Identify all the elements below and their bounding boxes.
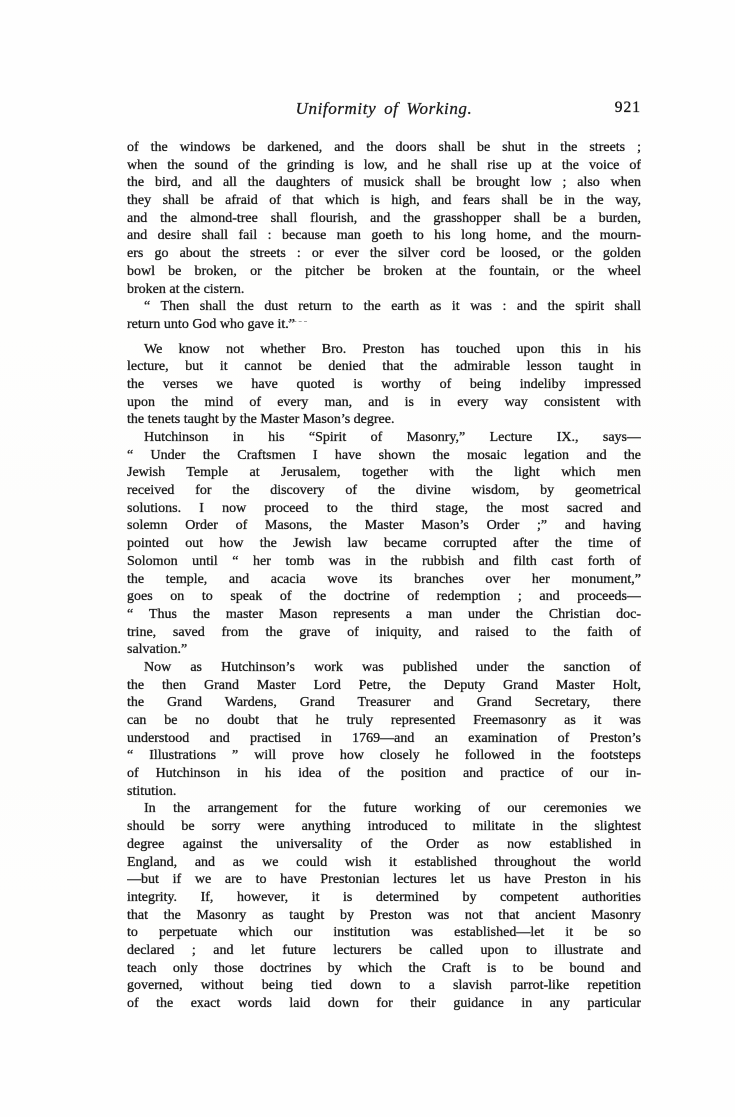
- page-number: 921: [615, 99, 641, 117]
- text-line: “ Under the Craftsmen I have shown the m…: [127, 447, 641, 465]
- text-line: that the Masonry as taught by Preston wa…: [127, 907, 641, 925]
- running-header: Uniformity of Working. 921: [127, 99, 641, 121]
- text-line: of Hutchinson in his idea of the positio…: [127, 765, 641, 783]
- text-line: broken at the cistern.: [127, 281, 641, 299]
- text-line: “ Then shall the dust return to the eart…: [127, 298, 641, 316]
- text-line: understood and practised in 1769—and an …: [127, 730, 641, 748]
- text-line: goes on to speak of the doctrine of rede…: [127, 588, 641, 606]
- paragraph: In the arrangement for the future workin…: [127, 800, 641, 1012]
- text-line: received for the discovery of the divine…: [127, 482, 641, 500]
- text-line: “ Illustrations ” will prove how closely…: [127, 747, 641, 765]
- text-line: solutions. I now proceed to the third st…: [127, 500, 641, 518]
- text-line: of the windows be darkened, and the door…: [127, 139, 641, 157]
- text-line: Solomon until “ her tomb was in the rubb…: [127, 553, 641, 571]
- text-line: of the exact words laid down for their g…: [127, 995, 641, 1013]
- text-line: England, and as we could wish it establi…: [127, 854, 641, 872]
- text-line: degree against the universality of the O…: [127, 836, 641, 854]
- text-line: integrity. If, however, it is determined…: [127, 889, 641, 907]
- text-line: the tenets taught by the Master Mason’s …: [127, 411, 641, 429]
- text-line: pointed out how the Jewish law became co…: [127, 535, 641, 553]
- text-line: bowl be broken, or the pitcher be broken…: [127, 263, 641, 281]
- text-line: solemn Order of Masons, the Master Mason…: [127, 517, 641, 535]
- text-line: upon the mind of every man, and is in ev…: [127, 394, 641, 412]
- text-line: lecture, but it cannot be denied that th…: [127, 358, 641, 376]
- text-line: Now as Hutchinson’s work was published u…: [127, 659, 641, 677]
- text-line: to perpetuate which our institution was …: [127, 924, 641, 942]
- paragraph: “ Then shall the dust return to the eart…: [127, 298, 641, 333]
- text-line: return unto God who gave it.”: [127, 316, 641, 334]
- text-line: and desire shall fail : because man goet…: [127, 227, 641, 245]
- text-line: can be no doubt that he truly represente…: [127, 712, 641, 730]
- text-line: should be sorry were anything introduced…: [127, 818, 641, 836]
- text-line: when the sound of the grinding is low, a…: [127, 157, 641, 175]
- text-line: declared ; and let future lecturers be c…: [127, 942, 641, 960]
- paragraph: Now as Hutchinson’s work was published u…: [127, 659, 641, 801]
- paragraph: of the windows be darkened, and the door…: [127, 139, 641, 298]
- text-line: ers go about the streets : or ever the s…: [127, 245, 641, 263]
- text-line: stitution.: [127, 783, 641, 801]
- text-line: they shall be afraid of that which is hi…: [127, 192, 641, 210]
- text-line: —but if we are to have Prestonian lectur…: [127, 871, 641, 889]
- text-line: Hutchinson in his “Spirit of Masonry,” L…: [127, 429, 641, 447]
- text-line: the Grand Wardens, Grand Treasurer and G…: [127, 694, 641, 712]
- scan-artifact-dash: [288, 321, 307, 322]
- text-line: the bird, and all the daughters of music…: [127, 174, 641, 192]
- text-line: the verses we have quoted is worthy of b…: [127, 376, 641, 394]
- text-line: and the almond-tree shall flourish, and …: [127, 210, 641, 228]
- scanned-page: Uniformity of Working. 921 of the window…: [0, 0, 735, 1117]
- text-line: the temple, and acacia wove its branches…: [127, 571, 641, 589]
- paragraph: Hutchinson in his “Spirit of Masonry,” L…: [127, 429, 641, 659]
- text-line: salvation.”: [127, 641, 641, 659]
- page-header-title: Uniformity of Working.: [127, 99, 641, 119]
- text-line: In the arrangement for the future workin…: [127, 800, 641, 818]
- text-line: “ Thus the master Mason represents a man…: [127, 606, 641, 624]
- text-line: governed, without being tied down to a s…: [127, 977, 641, 995]
- text-line: Jewish Temple at Jerusalem, together wit…: [127, 464, 641, 482]
- text-block: of the windows be darkened, and the door…: [127, 139, 641, 1013]
- text-line: teach only those doctrines by which the …: [127, 960, 641, 978]
- text-line: the then Grand Master Lord Petre, the De…: [127, 677, 641, 695]
- text-line: trine, saved from the grave of iniquity,…: [127, 624, 641, 642]
- text-line: We know not whether Bro. Preston has tou…: [127, 341, 641, 359]
- paragraph: We know not whether Bro. Preston has tou…: [127, 341, 641, 429]
